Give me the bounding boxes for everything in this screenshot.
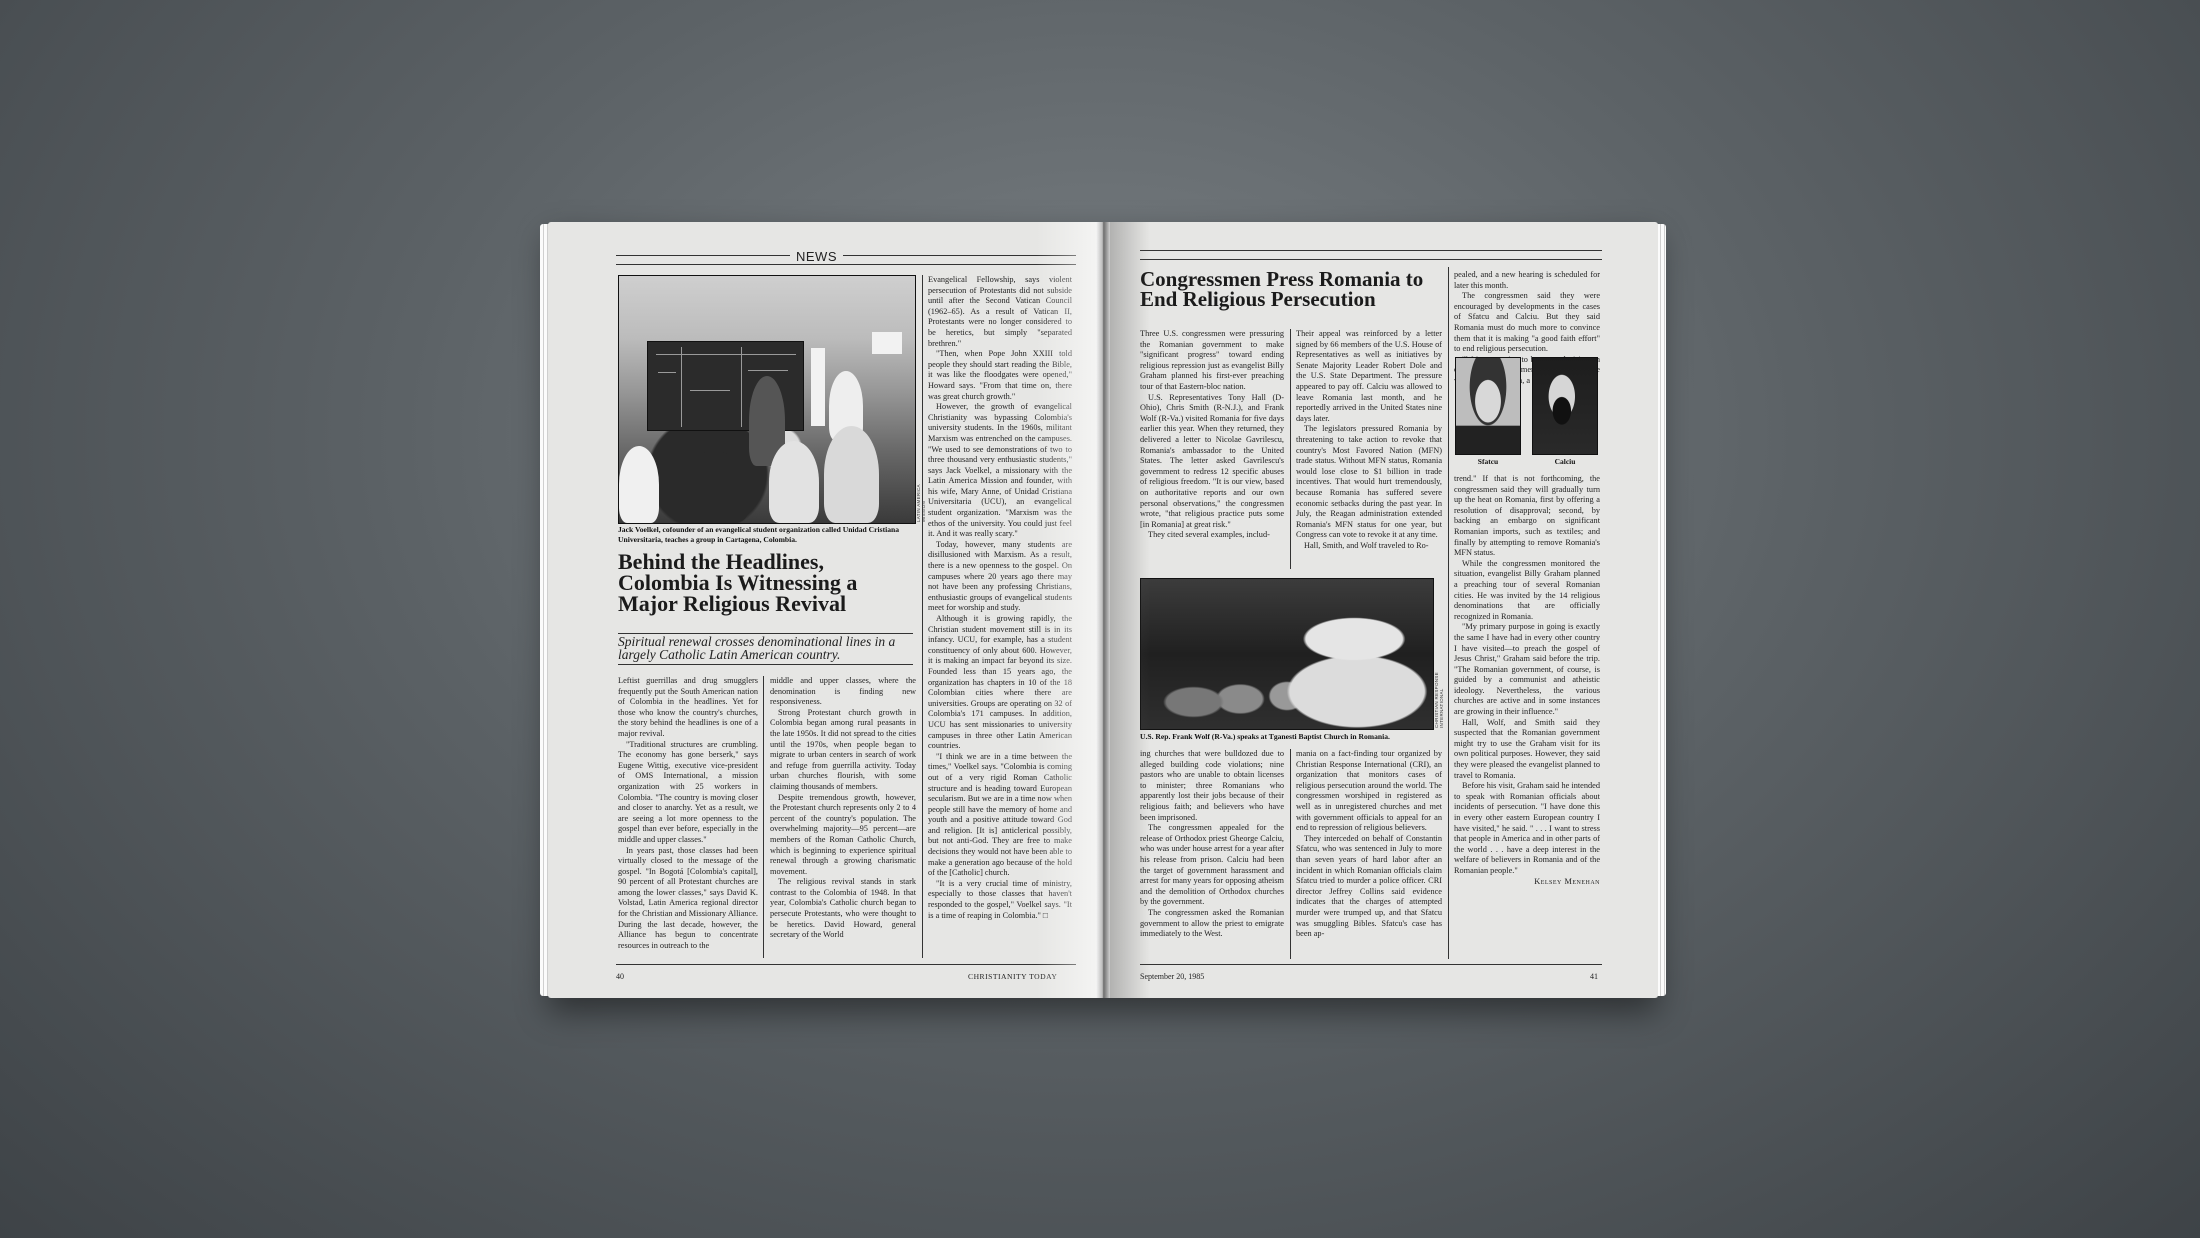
byline: Kelsey Menehan	[1534, 877, 1600, 888]
page-number-right: 41	[1590, 972, 1598, 981]
photo-credit: LATIN AMERICA MISSION	[916, 462, 926, 522]
section-rule	[616, 255, 1076, 265]
magazine-name: CHRISTIANITY TODAY	[968, 972, 1057, 981]
article-column-r2-top: Their appeal was reinforced by a letter …	[1296, 329, 1442, 551]
calciu-portrait	[1532, 357, 1598, 455]
article-column-r1-top: Three U.S. congressmen were pressuring t…	[1140, 329, 1284, 541]
section-label: NEWS	[790, 249, 843, 264]
issue-date: September 20, 1985	[1140, 972, 1204, 981]
article-headline: Behind the Headlines, Colombia Is Witnes…	[618, 552, 918, 615]
magazine-spread: NEWS LATIN AMERICA MISSION Jack Voelkel,…	[548, 222, 1658, 998]
article-column-1: Leftist guerrillas and drug smugglers fr…	[618, 676, 758, 951]
article-headline-right: Congressmen Press Romania to End Religio…	[1140, 270, 1450, 310]
frank-wolf-photo	[1140, 578, 1434, 730]
article-deck: Spiritual renewal crosses denominational…	[618, 636, 918, 661]
sfatcu-label: Sfatcu	[1455, 457, 1521, 466]
article-column-r3-bottom: trend." If that is not forthcoming, the …	[1454, 474, 1600, 887]
article-column-r1-bottom: ing churches that were bulldozed due to …	[1140, 749, 1284, 940]
article-column-3: Evangelical Fellowship, says violent per…	[928, 275, 1072, 921]
classroom-photo	[618, 275, 916, 524]
photo-credit-right: CHRISTIAN RESPONSE INTERNATIONAL	[1434, 632, 1444, 728]
section-rule-right	[1140, 250, 1602, 260]
article-column-2: middle and upper classes, where the deno…	[770, 676, 916, 941]
spine-gutter	[1096, 222, 1110, 998]
sfatcu-portrait	[1455, 357, 1521, 455]
article-column-r2-bottom: mania on a fact-finding tour organized b…	[1296, 749, 1442, 940]
photo-caption-right: U.S. Rep. Frank Wolf (R-Va.) speaks at T…	[1140, 732, 1440, 742]
left-page: NEWS LATIN AMERICA MISSION Jack Voelkel,…	[548, 222, 1096, 998]
page-number-left: 40	[616, 972, 624, 981]
right-page: Congressmen Press Romania to End Religio…	[1110, 222, 1658, 998]
calciu-label: Calciu	[1532, 457, 1598, 466]
photo-caption: Jack Voelkel, cofounder of an evangelica…	[618, 525, 918, 544]
